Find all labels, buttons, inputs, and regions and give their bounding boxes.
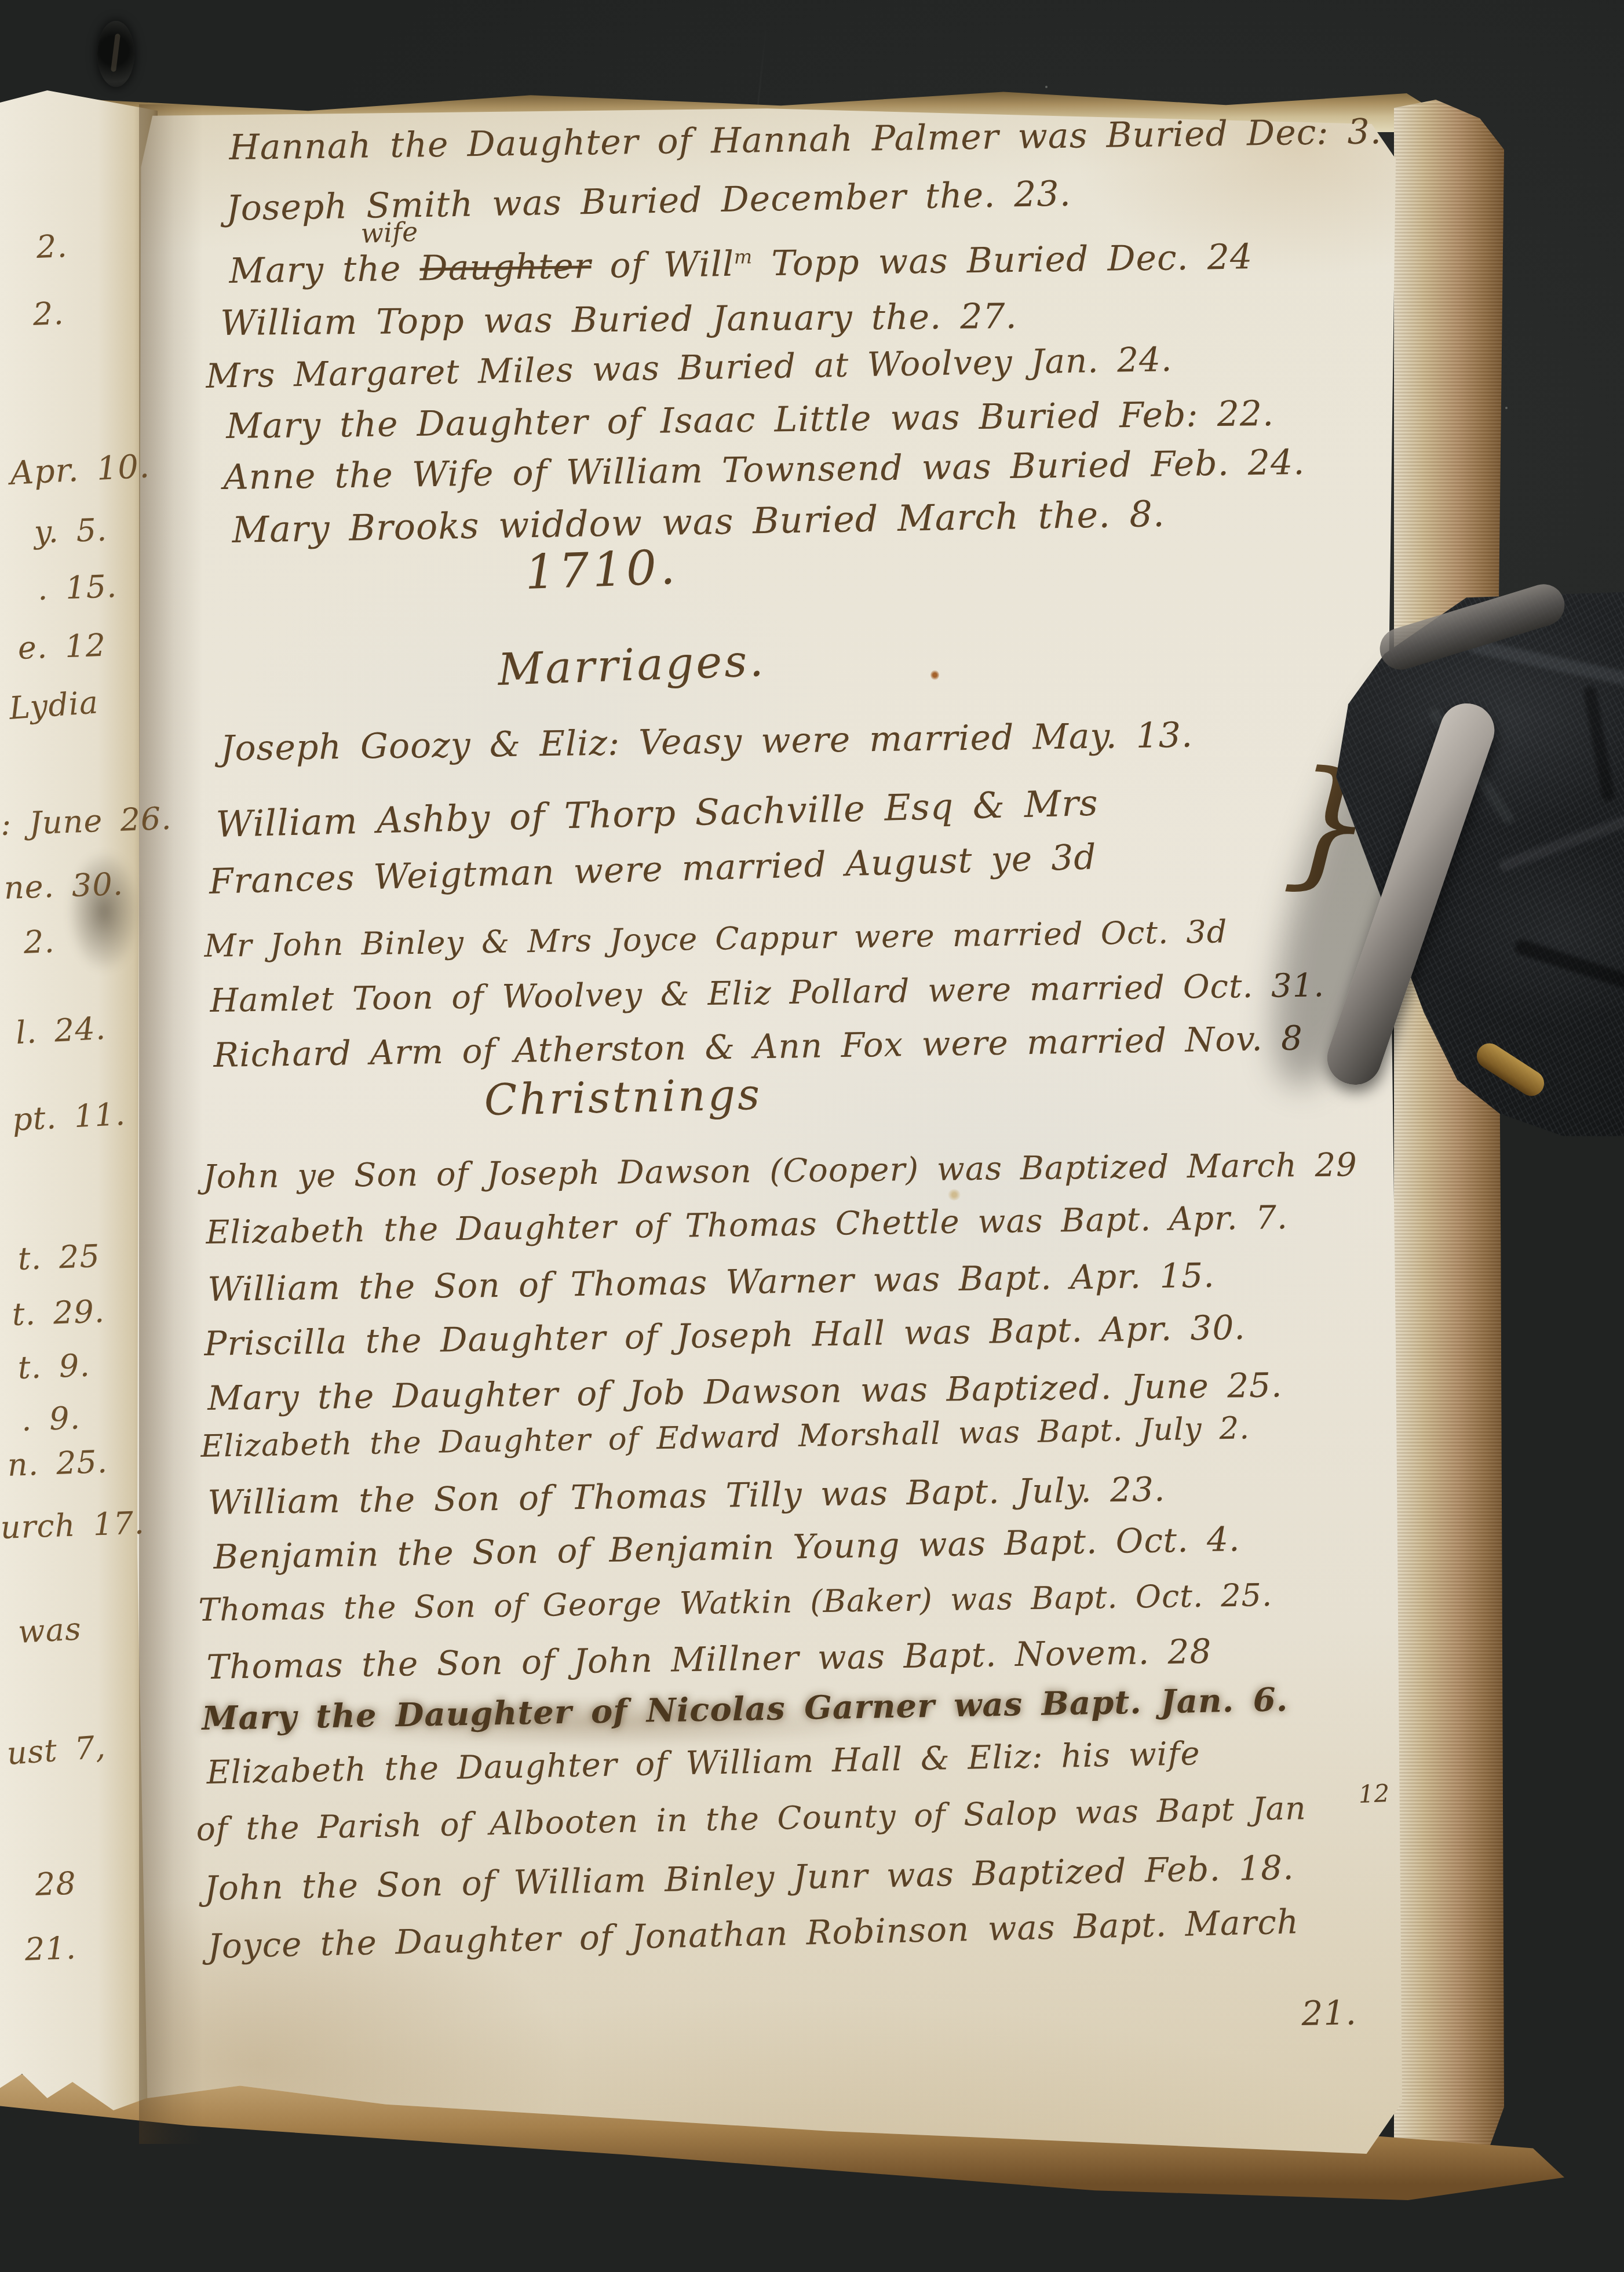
torn-page-fragment: y. 5. (34, 515, 108, 548)
superscript-date: 12 (1358, 1781, 1390, 1807)
photo-of-parish-register: 2. 2. Apr. 10. y. 5. . 15. e. 12 Lydia :… (0, 0, 1624, 2272)
torn-page-fragment: was (17, 1613, 82, 1648)
pin-slit (111, 34, 121, 72)
previous-page-edge (0, 82, 158, 2110)
torn-page-fragment: t. 29. (12, 1296, 105, 1330)
entry-text: Topp was Buried Dec. 24 (753, 236, 1253, 284)
superscript: m (734, 245, 753, 268)
torn-page-fragment: urch 17. (0, 1507, 145, 1544)
book-weight (1321, 586, 1624, 1147)
torn-page-fragment: : June 26. (0, 803, 172, 840)
wrapped-date: 21. (1301, 1996, 1357, 2030)
entry-text: of Will (591, 244, 735, 286)
entry-text: Mary the (229, 248, 420, 291)
torn-page-fragment: l. 24. (15, 1013, 107, 1049)
torn-page-fragment: 21. (24, 1932, 77, 1965)
torn-page-fragment: ne. 30. (3, 869, 124, 904)
ink-blotch (53, 827, 155, 995)
torn-page-fragment: Apr. 10. (9, 450, 151, 490)
torn-page-fragment: t. 25 (17, 1241, 101, 1275)
stain-spot (948, 1189, 961, 1201)
torn-page-fragment: 2. (32, 298, 64, 330)
dust-speck (1045, 86, 1048, 88)
burial-entry: William Topp was Buried January the. 27. (220, 299, 1017, 341)
torn-page-fragment: ust 7, (6, 1731, 107, 1770)
torn-page-fragment: n. 25. (7, 1446, 108, 1481)
rust-spot (930, 670, 939, 680)
torn-page-fragment: 2. (23, 926, 55, 958)
torn-page-fragment: 2. (36, 231, 68, 263)
torn-page-fragment: Lydia (8, 687, 100, 724)
torn-page-fragment: . 15. (37, 571, 118, 605)
torn-page-fragment: e. 12 (17, 630, 107, 664)
year-heading: 1710. (524, 544, 679, 597)
marriages-heading: Marriages. (497, 639, 767, 692)
dust-speck (1505, 407, 1508, 409)
torn-page-fragment: 28 (35, 1868, 77, 1901)
christenings-heading: Christnings (484, 1073, 762, 1122)
pin-hole (97, 21, 134, 87)
torn-page-fragment: . 9. (21, 1402, 81, 1436)
torn-page-fragment: pt. 11. (12, 1099, 126, 1136)
struck-word: Daughter (419, 246, 592, 289)
inserted-correction: wife (360, 218, 418, 247)
torn-page-fragment: t. 9. (17, 1350, 90, 1384)
